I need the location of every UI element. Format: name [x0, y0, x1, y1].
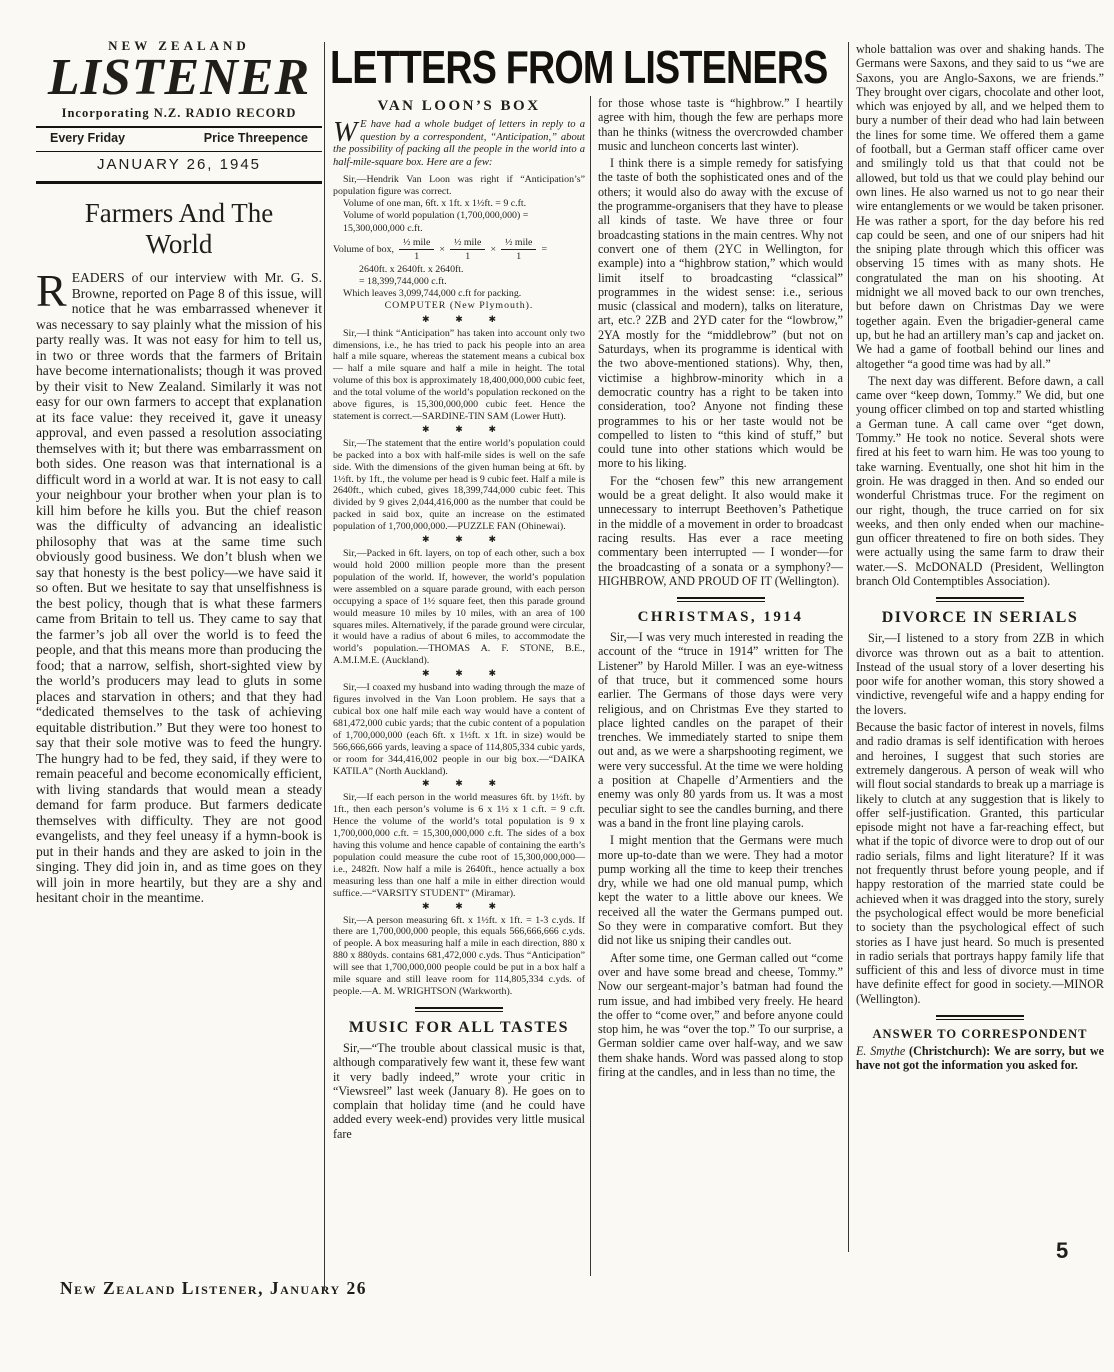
- masthead: NEW ZEALAND LISTENER Incorporating N.Z. …: [36, 38, 322, 184]
- times-sign: ×: [490, 244, 496, 255]
- letter-paragraph: Sir,—I listened to a story from 2ZB in w…: [856, 631, 1104, 717]
- letter: Sir,—I think “Anticipation” has taken in…: [333, 328, 585, 423]
- letter-paragraph: I might mention that the Germans were mu…: [598, 833, 843, 947]
- answer-text: E. Smythe (Christchurch): We are sorry, …: [856, 1044, 1104, 1073]
- letter-opening: Sir,—Hendrik Van Loon was right if “Anti…: [333, 174, 585, 198]
- letter: Sir,—A person measuring 6ft. x 1½ft. x 1…: [333, 915, 585, 998]
- star-separator: ✱ ✱ ✱: [333, 425, 585, 436]
- fraction: ½ mile1: [501, 237, 536, 262]
- times-sign: ×: [439, 244, 445, 255]
- calc-line: Which leaves 3,099,744,000 c.ft for pack…: [333, 288, 585, 300]
- formula-label: Volume of box,: [333, 244, 394, 255]
- divider: [936, 597, 1024, 602]
- equals-sign: =: [541, 244, 547, 255]
- letter-paragraph: Because the basic factor of interest in …: [856, 720, 1104, 1006]
- letters-from-listeners-title: LETTERS FROM LISTENERS: [330, 44, 753, 90]
- letter-continuation: for those whose taste is “highbrow.” I h…: [598, 96, 843, 153]
- music-section: for those whose taste is “highbrow.” I h…: [598, 96, 843, 1079]
- letter: Sir,—Hendrik Van Loon was right if “Anti…: [333, 174, 585, 312]
- van-loon-section: VAN LOON’S BOX WE have had a whole budge…: [333, 96, 585, 1141]
- article-body: READERS of our interview with Mr. G. S. …: [36, 270, 322, 906]
- divider: [677, 597, 765, 602]
- issue-date: JANUARY 26, 1945: [36, 152, 322, 176]
- calc-line: Volume of one man, 6ft. x 1ft. x 1½ft. =…: [333, 198, 585, 210]
- star-separator: ✱ ✱ ✱: [333, 535, 585, 546]
- issue-price: Price Threepence: [204, 131, 308, 145]
- divider: [415, 1007, 503, 1012]
- section-title: ANSWER TO CORRESPONDENT: [856, 1027, 1104, 1042]
- letter-paragraph: The next day was different. Before dawn,…: [856, 374, 1104, 588]
- letter-paragraph: I think there is a simple remedy for sat…: [598, 156, 843, 471]
- farmers-article: Farmers And The World READERS of our int…: [36, 198, 322, 906]
- section-title: MUSIC FOR ALL TASTES: [333, 1019, 585, 1037]
- fraction: ½ mile1: [450, 237, 485, 262]
- drop-cap: W: [333, 119, 360, 144]
- letter-paragraph: After some time, one German called out “…: [598, 951, 843, 1080]
- column-rule: [590, 96, 591, 1276]
- volume-formula: Volume of box, ½ mile1 × ½ mile1 × ½ mil…: [333, 235, 585, 264]
- star-separator: ✱ ✱ ✱: [333, 779, 585, 790]
- article-title: Farmers And The World: [36, 198, 322, 260]
- issue-frequency: Every Friday: [50, 131, 125, 145]
- letter: Sir,—The statement that the entire world…: [333, 438, 585, 533]
- letter-paragraph: For the “chosen few” this new arrangemen…: [598, 474, 843, 588]
- letter: Sir,—If each person in the world measure…: [333, 792, 585, 899]
- right-column: whole battalion was over and shaking han…: [856, 42, 1104, 1073]
- star-separator: ✱ ✱ ✱: [333, 902, 585, 913]
- correspondent-name: E. Smythe: [856, 1044, 905, 1058]
- left-column: NEW ZEALAND LISTENER Incorporating N.Z. …: [36, 38, 322, 906]
- calc-line: Volume of world population (1,700,000,00…: [333, 210, 585, 234]
- star-separator: ✱ ✱ ✱: [333, 315, 585, 326]
- letter: Sir,—I coaxed my husband into wading thr…: [333, 682, 585, 777]
- letter-signature: COMPUTER (New Plymouth).: [333, 300, 585, 312]
- calc-line: = 18,399,744,000 c.ft.: [333, 276, 585, 288]
- star-separator: ✱ ✱ ✱: [333, 669, 585, 680]
- letter: Sir,—“The trouble about classical music …: [333, 1041, 585, 1141]
- section-title: CHRISTMAS, 1914: [598, 609, 843, 626]
- footer-credit: New Zealand Listener, January 26: [60, 1278, 367, 1299]
- masthead-title: LISTENER: [36, 52, 322, 104]
- section-title: DIVORCE IN SERIALS: [856, 609, 1104, 627]
- fraction: ½ mile1: [399, 237, 434, 262]
- masthead-subtitle: Incorporating N.Z. RADIO RECORD: [36, 106, 322, 121]
- page-number: 5: [1056, 1238, 1068, 1264]
- column-rule: [324, 42, 325, 1290]
- column-rule: [848, 42, 849, 1252]
- letter-continuation: whole battalion was over and shaking han…: [856, 42, 1104, 371]
- calc-line: 2640ft. x 2640ft. x 2640ft.: [333, 264, 585, 276]
- issue-info-row: Every Friday Price Threepence: [36, 128, 322, 146]
- newspaper-page: NEW ZEALAND LISTENER Incorporating N.Z. …: [0, 0, 1114, 1372]
- intro-paragraph: WE have had a whole budget of letters in…: [333, 119, 585, 169]
- divider: [936, 1015, 1024, 1020]
- masthead-rule: [36, 181, 322, 184]
- drop-cap: R: [36, 270, 72, 310]
- letter: Sir,—Packed in 6ft. layers, on top of ea…: [333, 548, 585, 667]
- section-title: VAN LOON’S BOX: [333, 98, 585, 115]
- letter-paragraph: Sir,—I was very much interested in readi…: [598, 630, 843, 830]
